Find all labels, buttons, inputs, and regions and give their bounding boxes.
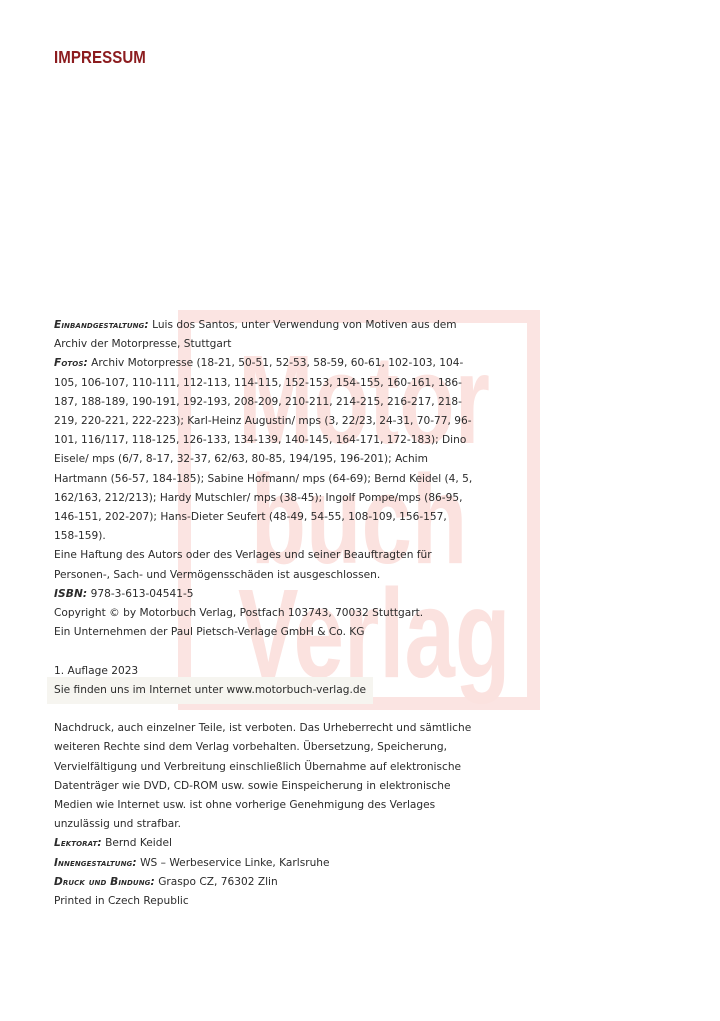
- isbn-value: 978-3-613-04541-5: [87, 588, 193, 600]
- cover-design-credit: Einbandgestaltung: Luis dos Santos, unte…: [54, 316, 474, 354]
- copyright-block: Copyright © by Motorbuch Verlag, Postfac…: [54, 604, 474, 642]
- rights-notice: Nachdruck, auch einzelner Teile, ist ver…: [54, 719, 474, 834]
- printing-value: Graspo CZ, 76302 Zlin: [155, 876, 278, 888]
- interior-design-label: Innengestaltung:: [54, 857, 137, 869]
- publisher-group-line: Ein Unternehmen der Paul Pietsch-Verlage…: [54, 623, 474, 642]
- photo-credits-label: Fotos:: [54, 357, 88, 369]
- editor-credit: Lektorat: Bernd Keidel: [54, 834, 474, 853]
- photo-credits-text: Archiv Motorpresse (18-21, 50-51, 52-53,…: [54, 357, 472, 542]
- liability-disclaimer: Eine Haftung des Autors oder des Verlage…: [54, 546, 474, 584]
- website-notice: Sie finden uns im Internet unter www.mot…: [47, 677, 373, 704]
- printing-credit: Druck und Bindung: Graspo CZ, 76302 Zlin: [54, 873, 474, 892]
- imprint-content: Einbandgestaltung: Luis dos Santos, unte…: [54, 316, 474, 911]
- interior-design-credit: Innengestaltung: WS – Werbeservice Linke…: [54, 854, 474, 873]
- editor-value: Bernd Keidel: [102, 837, 172, 849]
- page-title: IMPRESSUM: [54, 47, 146, 68]
- isbn-label: ISBN:: [54, 588, 87, 600]
- isbn-line: ISBN: 978-3-613-04541-5: [54, 585, 474, 604]
- photo-credits: Fotos: Archiv Motorpresse (18-21, 50-51,…: [54, 354, 474, 546]
- interior-design-value: WS – Werbeservice Linke, Karlsruhe: [137, 857, 330, 869]
- editor-label: Lektorat:: [54, 837, 102, 849]
- cover-design-label: Einbandgestaltung:: [54, 319, 149, 331]
- copyright-line: Copyright © by Motorbuch Verlag, Postfac…: [54, 604, 474, 623]
- printing-label: Druck und Bindung:: [54, 876, 155, 888]
- production-credits: Lektorat: Bernd Keidel Innengestaltung: …: [54, 834, 474, 911]
- printed-in-line: Printed in Czech Republic: [54, 892, 474, 911]
